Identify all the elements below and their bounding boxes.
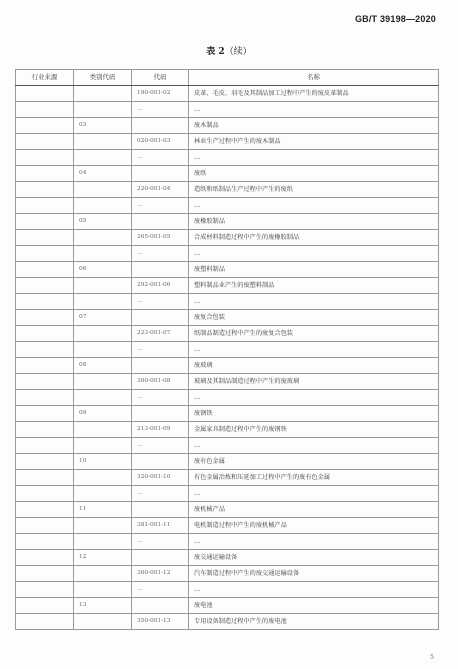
cell-source <box>16 262 74 278</box>
cell-source <box>16 438 74 454</box>
column-header-code: 代码 <box>132 70 189 86</box>
table-row: 292-001-06塑料制品业产生的废塑料制品 <box>16 278 439 294</box>
cell-code <box>132 118 189 134</box>
cell-name: … <box>189 246 439 262</box>
cell-name: 皮革、毛皮、羽毛及其制品加工过程中产生的废皮革制品 <box>189 86 439 102</box>
cell-source <box>16 502 74 518</box>
cell-name: 玻璃及其制品制造过程中产生的废玻璃 <box>189 374 439 390</box>
cell-code <box>132 454 189 470</box>
cell-name: 废机械产品 <box>189 502 439 518</box>
table-row: 360-001-12汽车制造过程中产生的废交通运输设备 <box>16 566 439 582</box>
table-row: …… <box>16 102 439 118</box>
cell-code: … <box>132 150 189 166</box>
cell-source <box>16 102 74 118</box>
table-row: 11废机械产品 <box>16 502 439 518</box>
table-row: 300-001-08玻璃及其制品制造过程中产生的废玻璃 <box>16 374 439 390</box>
cell-category-code <box>74 422 132 438</box>
cell-source <box>16 134 74 150</box>
cell-name: … <box>189 198 439 214</box>
table-caption: 表 2（续） <box>0 44 458 57</box>
table-row: …… <box>16 486 439 502</box>
cell-source <box>16 246 74 262</box>
cell-code: … <box>132 102 189 118</box>
table-row: 13废电池 <box>16 598 439 614</box>
cell-code: … <box>132 246 189 262</box>
cell-category-code <box>74 294 132 310</box>
cell-source <box>16 342 74 358</box>
cell-code: … <box>132 198 189 214</box>
cell-code: … <box>132 294 189 310</box>
cell-code: 020-001-03 <box>132 134 189 150</box>
cell-source <box>16 470 74 486</box>
cell-code: 300-001-08 <box>132 374 189 390</box>
cell-source <box>16 454 74 470</box>
cell-name: … <box>189 294 439 310</box>
cell-category-code: 07 <box>74 310 132 326</box>
cell-source <box>16 390 74 406</box>
cell-source <box>16 166 74 182</box>
table-caption-suffix: （续） <box>225 47 252 57</box>
cell-category-code <box>74 278 132 294</box>
cell-code: 213-001-09 <box>132 422 189 438</box>
cell-category-code <box>74 182 132 198</box>
standard-id: GB/T 39198—2020 <box>355 14 436 24</box>
table-row: 265-001-05合成材料制造过程中产生的废橡胶制品 <box>16 230 439 246</box>
cell-name: 废塑料制品 <box>189 262 439 278</box>
cell-category-code <box>74 102 132 118</box>
cell-code <box>132 166 189 182</box>
table-row: …… <box>16 438 439 454</box>
cell-code <box>132 262 189 278</box>
cell-category-code <box>74 470 132 486</box>
cell-source <box>16 86 74 102</box>
cell-name: 废有色金属 <box>189 454 439 470</box>
cell-name: 废钢铁 <box>189 406 439 422</box>
cell-code <box>132 502 189 518</box>
table-row: 09废钢铁 <box>16 406 439 422</box>
cell-code: … <box>132 438 189 454</box>
table-row: …… <box>16 534 439 550</box>
cell-name: 电机制造过程中产生的废机械产品 <box>189 518 439 534</box>
cell-category-code: 09 <box>74 406 132 422</box>
waste-code-table: 行业来源 类别代码 代码 名称 190-001-02皮革、毛皮、羽毛及其制品加工… <box>15 69 439 630</box>
table-row: 350-001-13专用设备制造过程中产生的废电池 <box>16 614 439 630</box>
cell-code <box>132 598 189 614</box>
cell-source <box>16 358 74 374</box>
table-row: 03废木制品 <box>16 118 439 134</box>
cell-name: … <box>189 102 439 118</box>
table-body: 190-001-02皮革、毛皮、羽毛及其制品加工过程中产生的废皮革制品……03废… <box>16 86 439 630</box>
cell-category-code: 12 <box>74 550 132 566</box>
cell-source <box>16 294 74 310</box>
cell-name: 造纸和纸制品生产过程中产生的废纸 <box>189 182 439 198</box>
cell-code: 292-001-06 <box>132 278 189 294</box>
cell-code: 190-001-02 <box>132 86 189 102</box>
cell-code <box>132 214 189 230</box>
table-row: …… <box>16 582 439 598</box>
cell-category-code: 10 <box>74 454 132 470</box>
table-row: 10废有色金属 <box>16 454 439 470</box>
cell-category-code: 08 <box>74 358 132 374</box>
cell-source <box>16 534 74 550</box>
table-row: 223-001-07纸制品制造过程中产生的废复合包装 <box>16 326 439 342</box>
cell-code: 360-001-12 <box>132 566 189 582</box>
table-row: …… <box>16 294 439 310</box>
cell-source <box>16 118 74 134</box>
cell-source <box>16 406 74 422</box>
cell-category-code <box>74 438 132 454</box>
cell-category-code <box>74 326 132 342</box>
table-row: …… <box>16 150 439 166</box>
cell-code: 320-001-10 <box>132 470 189 486</box>
cell-name: … <box>189 150 439 166</box>
cell-category-code <box>74 390 132 406</box>
cell-source <box>16 214 74 230</box>
cell-name: … <box>189 582 439 598</box>
cell-code <box>132 310 189 326</box>
table-row: …… <box>16 390 439 406</box>
table-row: 381-001-11电机制造过程中产生的废机械产品 <box>16 518 439 534</box>
column-header-source: 行业来源 <box>16 70 74 86</box>
cell-category-code <box>74 566 132 582</box>
cell-category-code <box>74 534 132 550</box>
cell-name: … <box>189 438 439 454</box>
cell-code: … <box>132 534 189 550</box>
cell-name: … <box>189 486 439 502</box>
cell-code: 381-001-11 <box>132 518 189 534</box>
table-row: 190-001-02皮革、毛皮、羽毛及其制品加工过程中产生的废皮革制品 <box>16 86 439 102</box>
cell-code: … <box>132 582 189 598</box>
cell-name: 废玻璃 <box>189 358 439 374</box>
cell-category-code <box>74 342 132 358</box>
column-header-category-code: 类别代码 <box>74 70 132 86</box>
cell-source <box>16 374 74 390</box>
cell-code: 265-001-05 <box>132 230 189 246</box>
cell-name: 废交通运输设备 <box>189 550 439 566</box>
cell-category-code <box>74 374 132 390</box>
cell-name: 废橡胶制品 <box>189 214 439 230</box>
cell-category-code <box>74 614 132 630</box>
table-caption-label: 表 2 <box>206 47 224 57</box>
cell-source <box>16 566 74 582</box>
cell-category-code <box>74 198 132 214</box>
cell-source <box>16 518 74 534</box>
cell-code: 223-001-07 <box>132 326 189 342</box>
cell-code <box>132 406 189 422</box>
cell-source <box>16 550 74 566</box>
cell-name: 有色金属冶炼和压延加工过程中产生的废有色金属 <box>189 470 439 486</box>
cell-source <box>16 614 74 630</box>
cell-source <box>16 422 74 438</box>
cell-code: … <box>132 342 189 358</box>
cell-code: 350-001-13 <box>132 614 189 630</box>
table-row: 320-001-10有色金属冶炼和压延加工过程中产生的废有色金属 <box>16 470 439 486</box>
cell-source <box>16 278 74 294</box>
cell-source <box>16 150 74 166</box>
cell-name: 废木制品 <box>189 118 439 134</box>
cell-category-code: 04 <box>74 166 132 182</box>
cell-name: … <box>189 390 439 406</box>
table-row: 020-001-03林业生产过程中产生的废木制品 <box>16 134 439 150</box>
cell-name: 塑料制品业产生的废塑料制品 <box>189 278 439 294</box>
cell-source <box>16 598 74 614</box>
table-row: …… <box>16 342 439 358</box>
cell-category-code: 03 <box>74 118 132 134</box>
cell-name: 纸制品制造过程中产生的废复合包装 <box>189 326 439 342</box>
table-row: 05废橡胶制品 <box>16 214 439 230</box>
table-row: 04废纸 <box>16 166 439 182</box>
cell-name: 林业生产过程中产生的废木制品 <box>189 134 439 150</box>
cell-name: … <box>189 534 439 550</box>
column-header-name: 名称 <box>189 70 439 86</box>
cell-code: … <box>132 486 189 502</box>
cell-name: 废复合包装 <box>189 310 439 326</box>
cell-category-code <box>74 486 132 502</box>
cell-name: 废电池 <box>189 598 439 614</box>
cell-code: … <box>132 390 189 406</box>
cell-source <box>16 310 74 326</box>
table-row: 06废塑料制品 <box>16 262 439 278</box>
cell-category-code: 05 <box>74 214 132 230</box>
table-row: 08废玻璃 <box>16 358 439 374</box>
table-row: 12废交通运输设备 <box>16 550 439 566</box>
cell-name: 专用设备制造过程中产生的废电池 <box>189 614 439 630</box>
cell-name: 汽车制造过程中产生的废交通运输设备 <box>189 566 439 582</box>
page-number: 5 <box>430 654 434 661</box>
cell-name: 金属家具制造过程中产生的废钢铁 <box>189 422 439 438</box>
cell-category-code: 11 <box>74 502 132 518</box>
cell-category-code <box>74 230 132 246</box>
cell-category-code <box>74 134 132 150</box>
table-row: …… <box>16 246 439 262</box>
table-header-row: 行业来源 类别代码 代码 名称 <box>16 70 439 86</box>
cell-code: 220-001-04 <box>132 182 189 198</box>
table-row: 213-001-09金属家具制造过程中产生的废钢铁 <box>16 422 439 438</box>
cell-category-code <box>74 86 132 102</box>
cell-source <box>16 182 74 198</box>
cell-code <box>132 550 189 566</box>
cell-source <box>16 486 74 502</box>
cell-category-code <box>74 246 132 262</box>
cell-name: 合成材料制造过程中产生的废橡胶制品 <box>189 230 439 246</box>
cell-source <box>16 326 74 342</box>
cell-source <box>16 230 74 246</box>
table-row: 220-001-04造纸和纸制品生产过程中产生的废纸 <box>16 182 439 198</box>
cell-name: … <box>189 342 439 358</box>
cell-category-code <box>74 518 132 534</box>
cell-category-code <box>74 150 132 166</box>
table-row: 07废复合包装 <box>16 310 439 326</box>
cell-category-code: 13 <box>74 598 132 614</box>
cell-source <box>16 582 74 598</box>
cell-code <box>132 358 189 374</box>
cell-name: 废纸 <box>189 166 439 182</box>
cell-category-code <box>74 582 132 598</box>
table-row: …… <box>16 198 439 214</box>
cell-source <box>16 198 74 214</box>
cell-category-code: 06 <box>74 262 132 278</box>
